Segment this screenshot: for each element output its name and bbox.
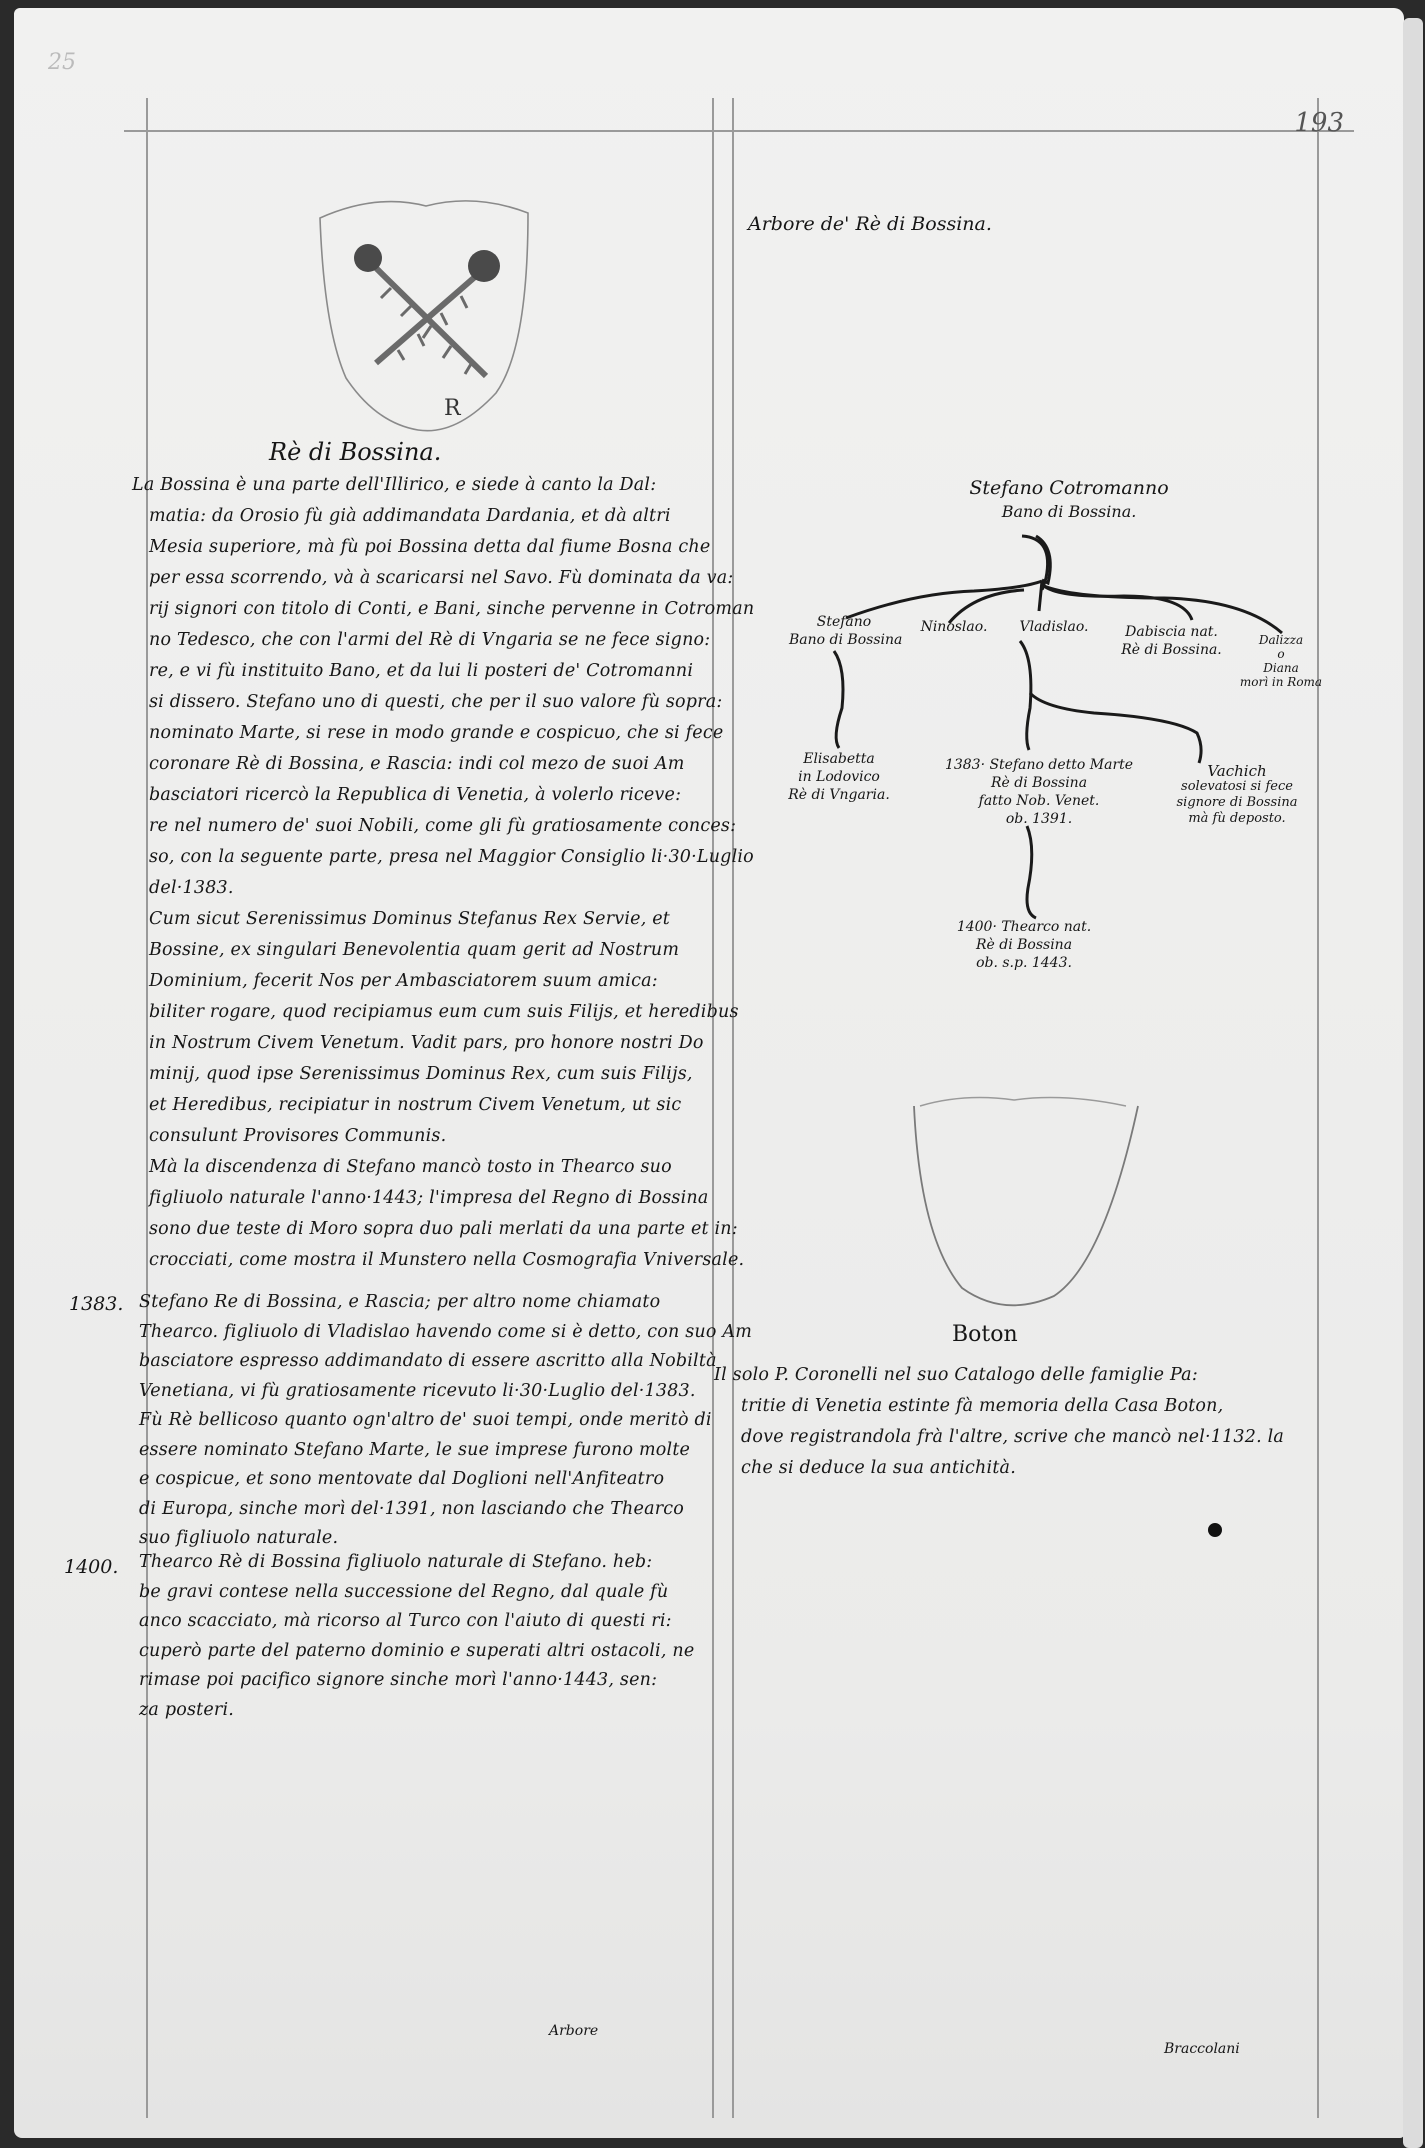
tree-node-line: in Lodovico bbox=[774, 768, 904, 786]
tree-node-line: Stefano bbox=[789, 613, 899, 631]
tree-node-dabiscia: Dabiscia nat. Rè di Bossina. bbox=[1114, 623, 1229, 659]
tree-node-line: Rè di Bossina bbox=[934, 936, 1114, 954]
ink-spot bbox=[1208, 1523, 1222, 1537]
tree-node-line: Rè di Bossina. bbox=[1114, 641, 1229, 659]
text-line: cuperò parte del paterno dominio e super… bbox=[139, 1637, 719, 1667]
section-heading-re-di-bossina: Rè di Bossina. bbox=[269, 438, 441, 466]
tree-node-line: Rè di Bossina bbox=[944, 774, 1134, 792]
catchword-right: Braccolani bbox=[1164, 2041, 1240, 2057]
text-line: Il solo P. Coronelli nel suo Catalogo de… bbox=[714, 1360, 1334, 1391]
text-line: biliter rogare, quod recipiamus eum cum … bbox=[132, 997, 717, 1028]
text-line: essere nominato Stefano Marte, le sue im… bbox=[139, 1436, 719, 1466]
text-line: no Tedesco, che con l'armi del Rè di Vng… bbox=[132, 625, 717, 656]
manuscript-page: 25 193 R Rè di Bossina. La Bossina è una… bbox=[14, 8, 1404, 2138]
tree-node-line: Vachich bbox=[1162, 763, 1312, 779]
intro-paragraph: La Bossina è una parte dell'Illirico, e … bbox=[132, 470, 717, 1276]
text-line: re, e vi fù instituito Bano, et da lui l… bbox=[132, 656, 717, 687]
tree-node-line: signore di Bossina bbox=[1162, 795, 1312, 811]
entry-text: Thearco Rè di Bossina figliuolo naturale… bbox=[139, 1548, 719, 1725]
tree-node-line: Vladislao. bbox=[1004, 618, 1104, 636]
section-heading-boton: Boton bbox=[952, 1322, 1018, 1347]
text-line: crocciati, come mostra il Munstero nella… bbox=[132, 1245, 717, 1276]
tree-node-root: Stefano Cotromanno Bano di Bossina. bbox=[949, 476, 1189, 524]
text-line: Mesia superiore, mà fù poi Bossina detta… bbox=[132, 532, 717, 563]
tree-node-line: Elisabetta bbox=[774, 750, 904, 768]
tree-node-line: o bbox=[1236, 647, 1326, 661]
text-line: che si deduce la sua antichità. bbox=[714, 1453, 1334, 1484]
text-line: et Heredibus, recipiatur in nostrum Cive… bbox=[132, 1090, 717, 1121]
top-rule bbox=[124, 130, 1354, 132]
tincture-mark: R bbox=[444, 396, 461, 421]
text-line: matia: da Orosio fù già addimandata Dard… bbox=[132, 501, 717, 532]
folio-number: 193 bbox=[1294, 108, 1344, 138]
tree-node-line: Dabiscia nat. bbox=[1114, 623, 1229, 641]
text-line: coronare Rè di Bossina, e Rascia: indi c… bbox=[132, 749, 717, 780]
tree-node-stefano-marte: 1383· Stefano detto Marte Rè di Bossina … bbox=[944, 756, 1134, 828]
tree-node-line: 1383· Stefano detto Marte bbox=[944, 756, 1134, 774]
coat-of-arms: R bbox=[306, 188, 536, 448]
text-line: figliuolo naturale l'anno·1443; l'impres… bbox=[132, 1183, 717, 1214]
tree-title: Arbore de' Rè di Bossina. bbox=[748, 213, 992, 235]
tree-node-line: Bano di Bossina bbox=[789, 631, 899, 649]
text-line: e cospicue, et sono mentovate dal Doglio… bbox=[139, 1465, 719, 1495]
tree-node-line: Dalizza bbox=[1236, 633, 1326, 647]
tree-node-line: fatto Nob. Venet. bbox=[944, 792, 1134, 810]
tree-node-line: ob. 1391. bbox=[944, 810, 1134, 828]
tree-node-line: mà fù deposto. bbox=[1162, 811, 1312, 827]
text-line: La Bossina è una parte dell'Illirico, e … bbox=[132, 470, 717, 501]
text-line: Thearco. figliuolo di Vladislao havendo … bbox=[139, 1318, 719, 1348]
text-line: dove registrandola frà l'altre, scrive c… bbox=[714, 1422, 1334, 1453]
tree-node-elisabetta: Elisabetta in Lodovico Rè di Vngaria. bbox=[774, 750, 904, 804]
tree-node-vladislao: Vladislao. bbox=[1004, 618, 1104, 636]
text-line: Fù Rè bellicoso quanto ogn'altro de' suo… bbox=[139, 1406, 719, 1436]
text-line: Stefano Re di Bossina, e Rascia; per alt… bbox=[139, 1288, 719, 1318]
text-line: in Nostrum Civem Venetum. Vadit pars, pr… bbox=[132, 1028, 717, 1059]
text-line: minij, quod ipse Serenissimus Dominus Re… bbox=[132, 1059, 717, 1090]
tree-node-line: Bano di Bossina. bbox=[949, 500, 1189, 524]
text-line: Cum sicut Serenissimus Dominus Stefanus … bbox=[132, 904, 717, 935]
faded-corner-mark: 25 bbox=[48, 50, 76, 75]
text-line: re nel numero de' suoi Nobili, come gli … bbox=[132, 811, 717, 842]
entry-year: 1400. bbox=[64, 1556, 118, 1578]
text-line: Mà la discendenza di Stefano mancò tosto… bbox=[132, 1152, 717, 1183]
tree-node-line: 1400· Thearco nat. bbox=[934, 918, 1114, 936]
center-rule-right bbox=[732, 98, 734, 2118]
text-line: Bossine, ex singulari Benevolentia quam … bbox=[132, 935, 717, 966]
text-line: anco scacciato, mà ricorso al Turco con … bbox=[139, 1607, 719, 1637]
text-line: per essa scorrendo, và à scaricarsi nel … bbox=[132, 563, 717, 594]
entry-text: Stefano Re di Bossina, e Rascia; per alt… bbox=[139, 1288, 719, 1554]
tree-node-thearco: 1400· Thearco nat. Rè di Bossina ob. s.p… bbox=[934, 918, 1114, 972]
text-line: Dominium, fecerit Nos per Ambasciatorem … bbox=[132, 966, 717, 997]
text-line: rij signori con titolo di Conti, e Bani,… bbox=[132, 594, 717, 625]
text-line: so, con la seguente parte, presa nel Mag… bbox=[132, 842, 717, 873]
tree-node-vachich: Vachich solevatosi si fece signore di Bo… bbox=[1162, 763, 1312, 827]
tree-node-line: morì in Roma bbox=[1236, 675, 1326, 689]
entry-year: 1383. bbox=[69, 1293, 123, 1315]
text-line: rimase poi pacifico signore sinche morì … bbox=[139, 1666, 719, 1696]
latin-decree: Cum sicut Serenissimus Dominus Stefanus … bbox=[132, 904, 717, 1152]
text-line: Thearco Rè di Bossina figliuolo naturale… bbox=[139, 1548, 719, 1578]
tree-node-line: Ninoslao. bbox=[909, 618, 999, 636]
text-line: nominato Marte, si rese in modo grande e… bbox=[132, 718, 717, 749]
tree-node-line: Stefano Cotromanno bbox=[949, 476, 1189, 500]
text-line: basciatore espresso addimandato di esser… bbox=[139, 1347, 719, 1377]
crossed-staves-shield-icon bbox=[306, 188, 536, 448]
tree-node-line: ob. s.p. 1443. bbox=[934, 954, 1114, 972]
text-line: basciatori ricercò la Republica di Venet… bbox=[132, 780, 717, 811]
text-line: di Europa, sinche morì del·1391, non las… bbox=[139, 1495, 719, 1525]
text-line: za posteri. bbox=[139, 1696, 719, 1726]
text-line: consulunt Provisores Communis. bbox=[132, 1121, 717, 1152]
text-line: del·1383. bbox=[132, 873, 717, 904]
tree-node-ninoslao: Ninoslao. bbox=[909, 618, 999, 636]
boton-paragraph: Il solo P. Coronelli nel suo Catalogo de… bbox=[714, 1360, 1334, 1484]
text-line: Venetiana, vi fù gratiosamente ricevuto … bbox=[139, 1377, 719, 1407]
tree-node-stefano-bano: Stefano Bano di Bossina bbox=[789, 613, 899, 649]
tree-node-dalizza: Dalizza o Diana morì in Roma bbox=[1236, 633, 1326, 689]
intro-text: La Bossina è una parte dell'Illirico, e … bbox=[132, 470, 717, 904]
text-line: si dissero. Stefano uno di questi, che p… bbox=[132, 687, 717, 718]
tree-node-line: Rè di Vngaria. bbox=[774, 786, 904, 804]
tree-node-line: Diana bbox=[1236, 661, 1326, 675]
closing-paragraph: Mà la discendenza di Stefano mancò tosto… bbox=[132, 1152, 717, 1276]
text-line: tritie di Venetia estinte fà memoria del… bbox=[714, 1391, 1334, 1422]
binding-strip bbox=[1403, 18, 1423, 2148]
text-line: be gravi contese nella successione del R… bbox=[139, 1578, 719, 1608]
right-margin-rule bbox=[1317, 98, 1319, 2118]
tree-node-line: solevatosi si fece bbox=[1162, 779, 1312, 795]
text-line: sono due teste di Moro sopra duo pali me… bbox=[132, 1214, 717, 1245]
catchword-left: Arbore bbox=[549, 2023, 598, 2039]
